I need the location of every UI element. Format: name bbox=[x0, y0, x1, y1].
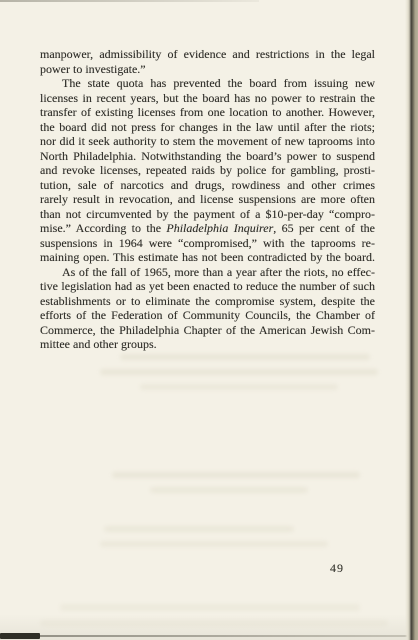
page-text-block: manpower, admissibility of evidence and … bbox=[40, 47, 375, 352]
show-through-text bbox=[100, 541, 328, 547]
text-line: licenses in recent years, but the board … bbox=[40, 91, 375, 106]
text-line: rarely result in revocation, and license… bbox=[40, 192, 375, 207]
text-line: The state quota has prevented the board … bbox=[40, 76, 375, 91]
text-line: North Philadelphia. Notwithstanding the … bbox=[40, 149, 375, 164]
text-line: suspensions in 1964 were “compromised,” … bbox=[40, 236, 375, 251]
text-line: than not circumvented by the payment of … bbox=[40, 207, 375, 222]
show-through-text bbox=[112, 472, 360, 478]
text-line: transfer of existing licenses from one l… bbox=[40, 105, 375, 120]
paragraph: The state quota has prevented the board … bbox=[40, 76, 375, 265]
text-line: maining open. This estimate has not been… bbox=[40, 250, 375, 265]
text-line: manpower, admissibility of evidence and … bbox=[40, 47, 375, 62]
page-number: 49 bbox=[319, 561, 355, 576]
text-line: power to investigate.” bbox=[40, 62, 375, 77]
text-line: nor did it seek authority to stem the mo… bbox=[40, 134, 375, 149]
show-through-text bbox=[140, 384, 338, 390]
text-line: Commerce, the Philadelphia Chapter of th… bbox=[40, 323, 375, 338]
scan-bottom-corner-mark bbox=[0, 633, 40, 639]
show-through-text bbox=[120, 354, 370, 360]
paragraph: manpower, admissibility of evidence and … bbox=[40, 47, 375, 76]
show-through-text bbox=[150, 487, 308, 493]
show-through-text bbox=[104, 526, 294, 532]
scan-bottom-edge bbox=[0, 635, 418, 637]
text-line: and revoke licenses, repeated raids by p… bbox=[40, 163, 375, 178]
text-line: mise.” According to the Philadelphia Inq… bbox=[40, 221, 375, 236]
paragraph: As of the fall of 1965, more than a year… bbox=[40, 265, 375, 352]
scan-top-edge bbox=[0, 0, 259, 2]
text-line: tution, sale of narcotics and drugs, row… bbox=[40, 178, 375, 193]
text-line: establishments or to eliminate the compr… bbox=[40, 294, 375, 309]
text-line: tive legislation had as yet been enacted… bbox=[40, 279, 375, 294]
show-through-text bbox=[60, 604, 360, 611]
scanned-book-page: manpower, admissibility of evidence and … bbox=[0, 0, 418, 640]
text-line: the board did not press for changes in t… bbox=[40, 120, 375, 135]
text-line: efforts of the Federation of Community C… bbox=[40, 308, 375, 323]
show-through-text bbox=[100, 369, 378, 375]
text-line: As of the fall of 1965, more than a year… bbox=[40, 265, 375, 280]
text-line: mittee and other groups. bbox=[40, 337, 375, 352]
book-page-right-edge bbox=[405, 0, 418, 640]
